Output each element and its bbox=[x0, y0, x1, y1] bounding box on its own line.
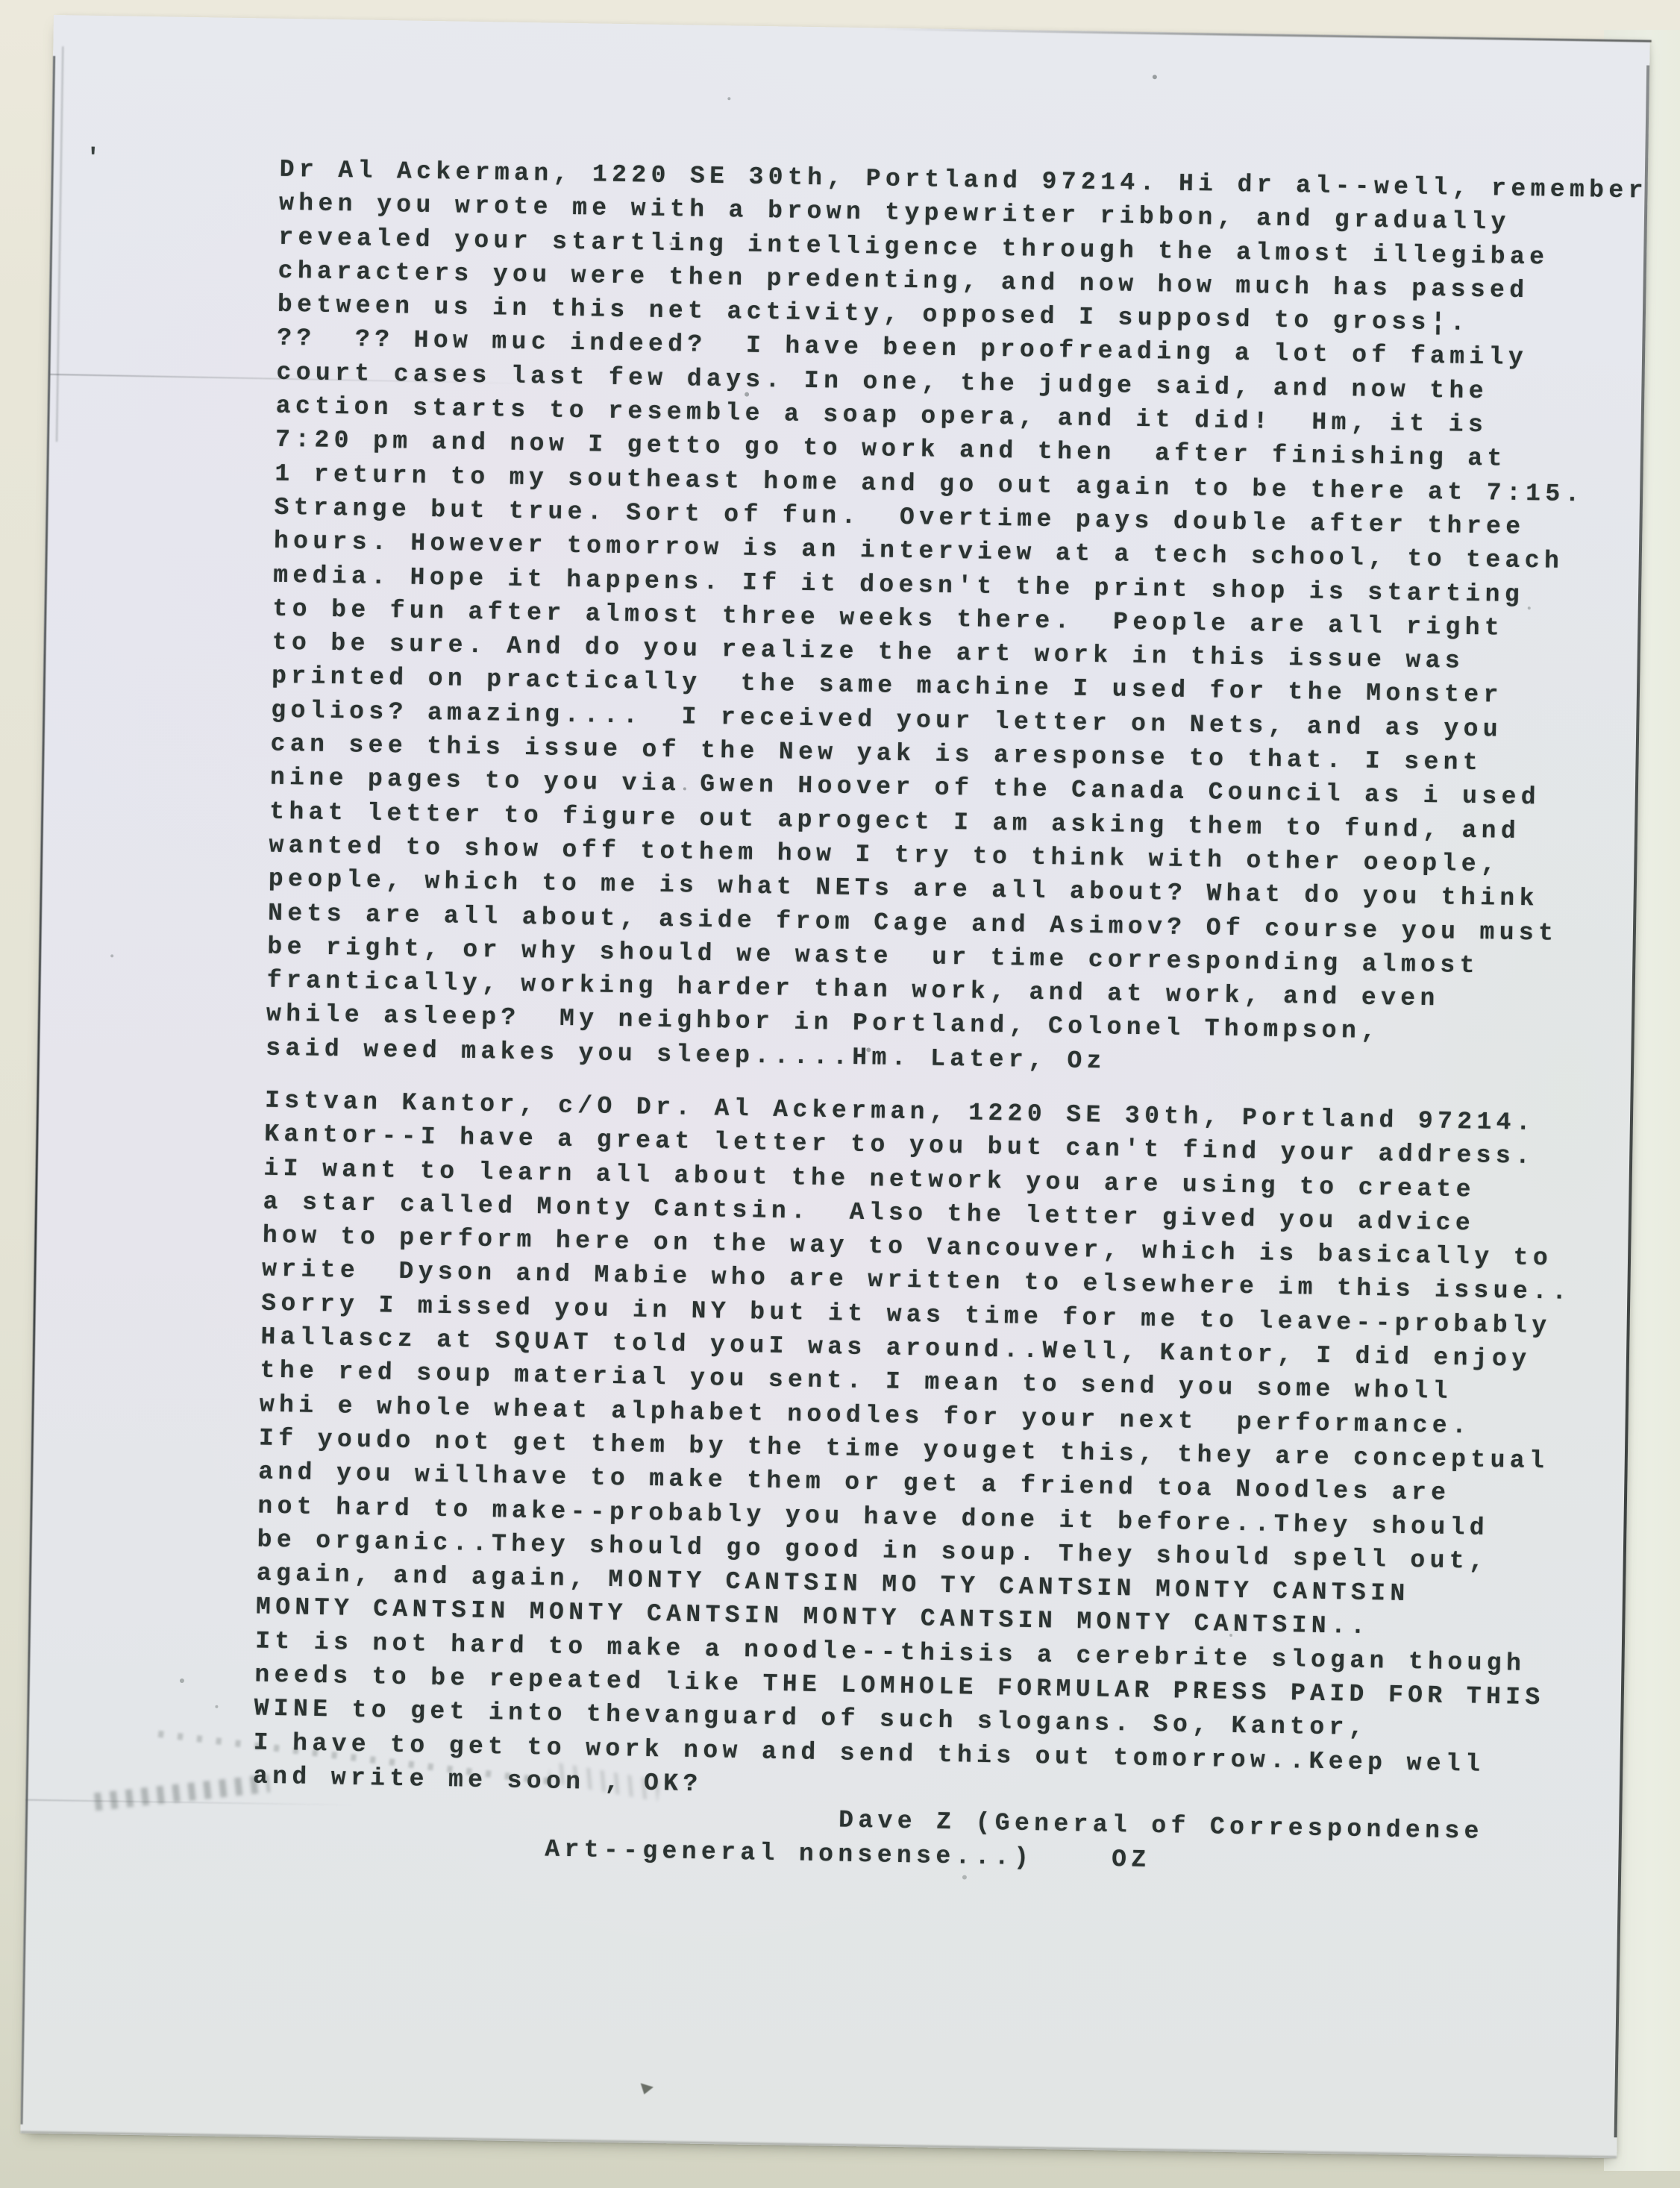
scanned-letter-scene: ' Dr Al Ackerman, 1220 SE 30th, Portland… bbox=[0, 0, 1680, 2188]
stray-type-mark: ' bbox=[86, 144, 101, 172]
paper-bottom-edge-line bbox=[20, 2131, 1617, 2159]
bottom-edge-tear-mark bbox=[638, 2083, 653, 2096]
paper-left-edge-line bbox=[21, 56, 56, 2125]
letter-paper: ' Dr Al Ackerman, 1220 SE 30th, Portland… bbox=[20, 15, 1649, 2158]
paragraph-kantor-letter: Istvan Kantor, c/O Dr. Al Ackerman, 1220… bbox=[251, 1084, 1667, 1886]
ghost-ink-smudge bbox=[94, 1775, 270, 1811]
typed-letter-text: Dr Al Ackerman, 1220 SE 30th, Portland 9… bbox=[253, 153, 1680, 1883]
paper-left-inner-edge-line bbox=[56, 46, 63, 442]
paragraph-ackerman-letter: Dr Al Ackerman, 1220 SE 30th, Portland 9… bbox=[266, 153, 1680, 1087]
paper-top-edge-line bbox=[884, 28, 1652, 42]
toner-speckles bbox=[54, 15, 57, 18]
